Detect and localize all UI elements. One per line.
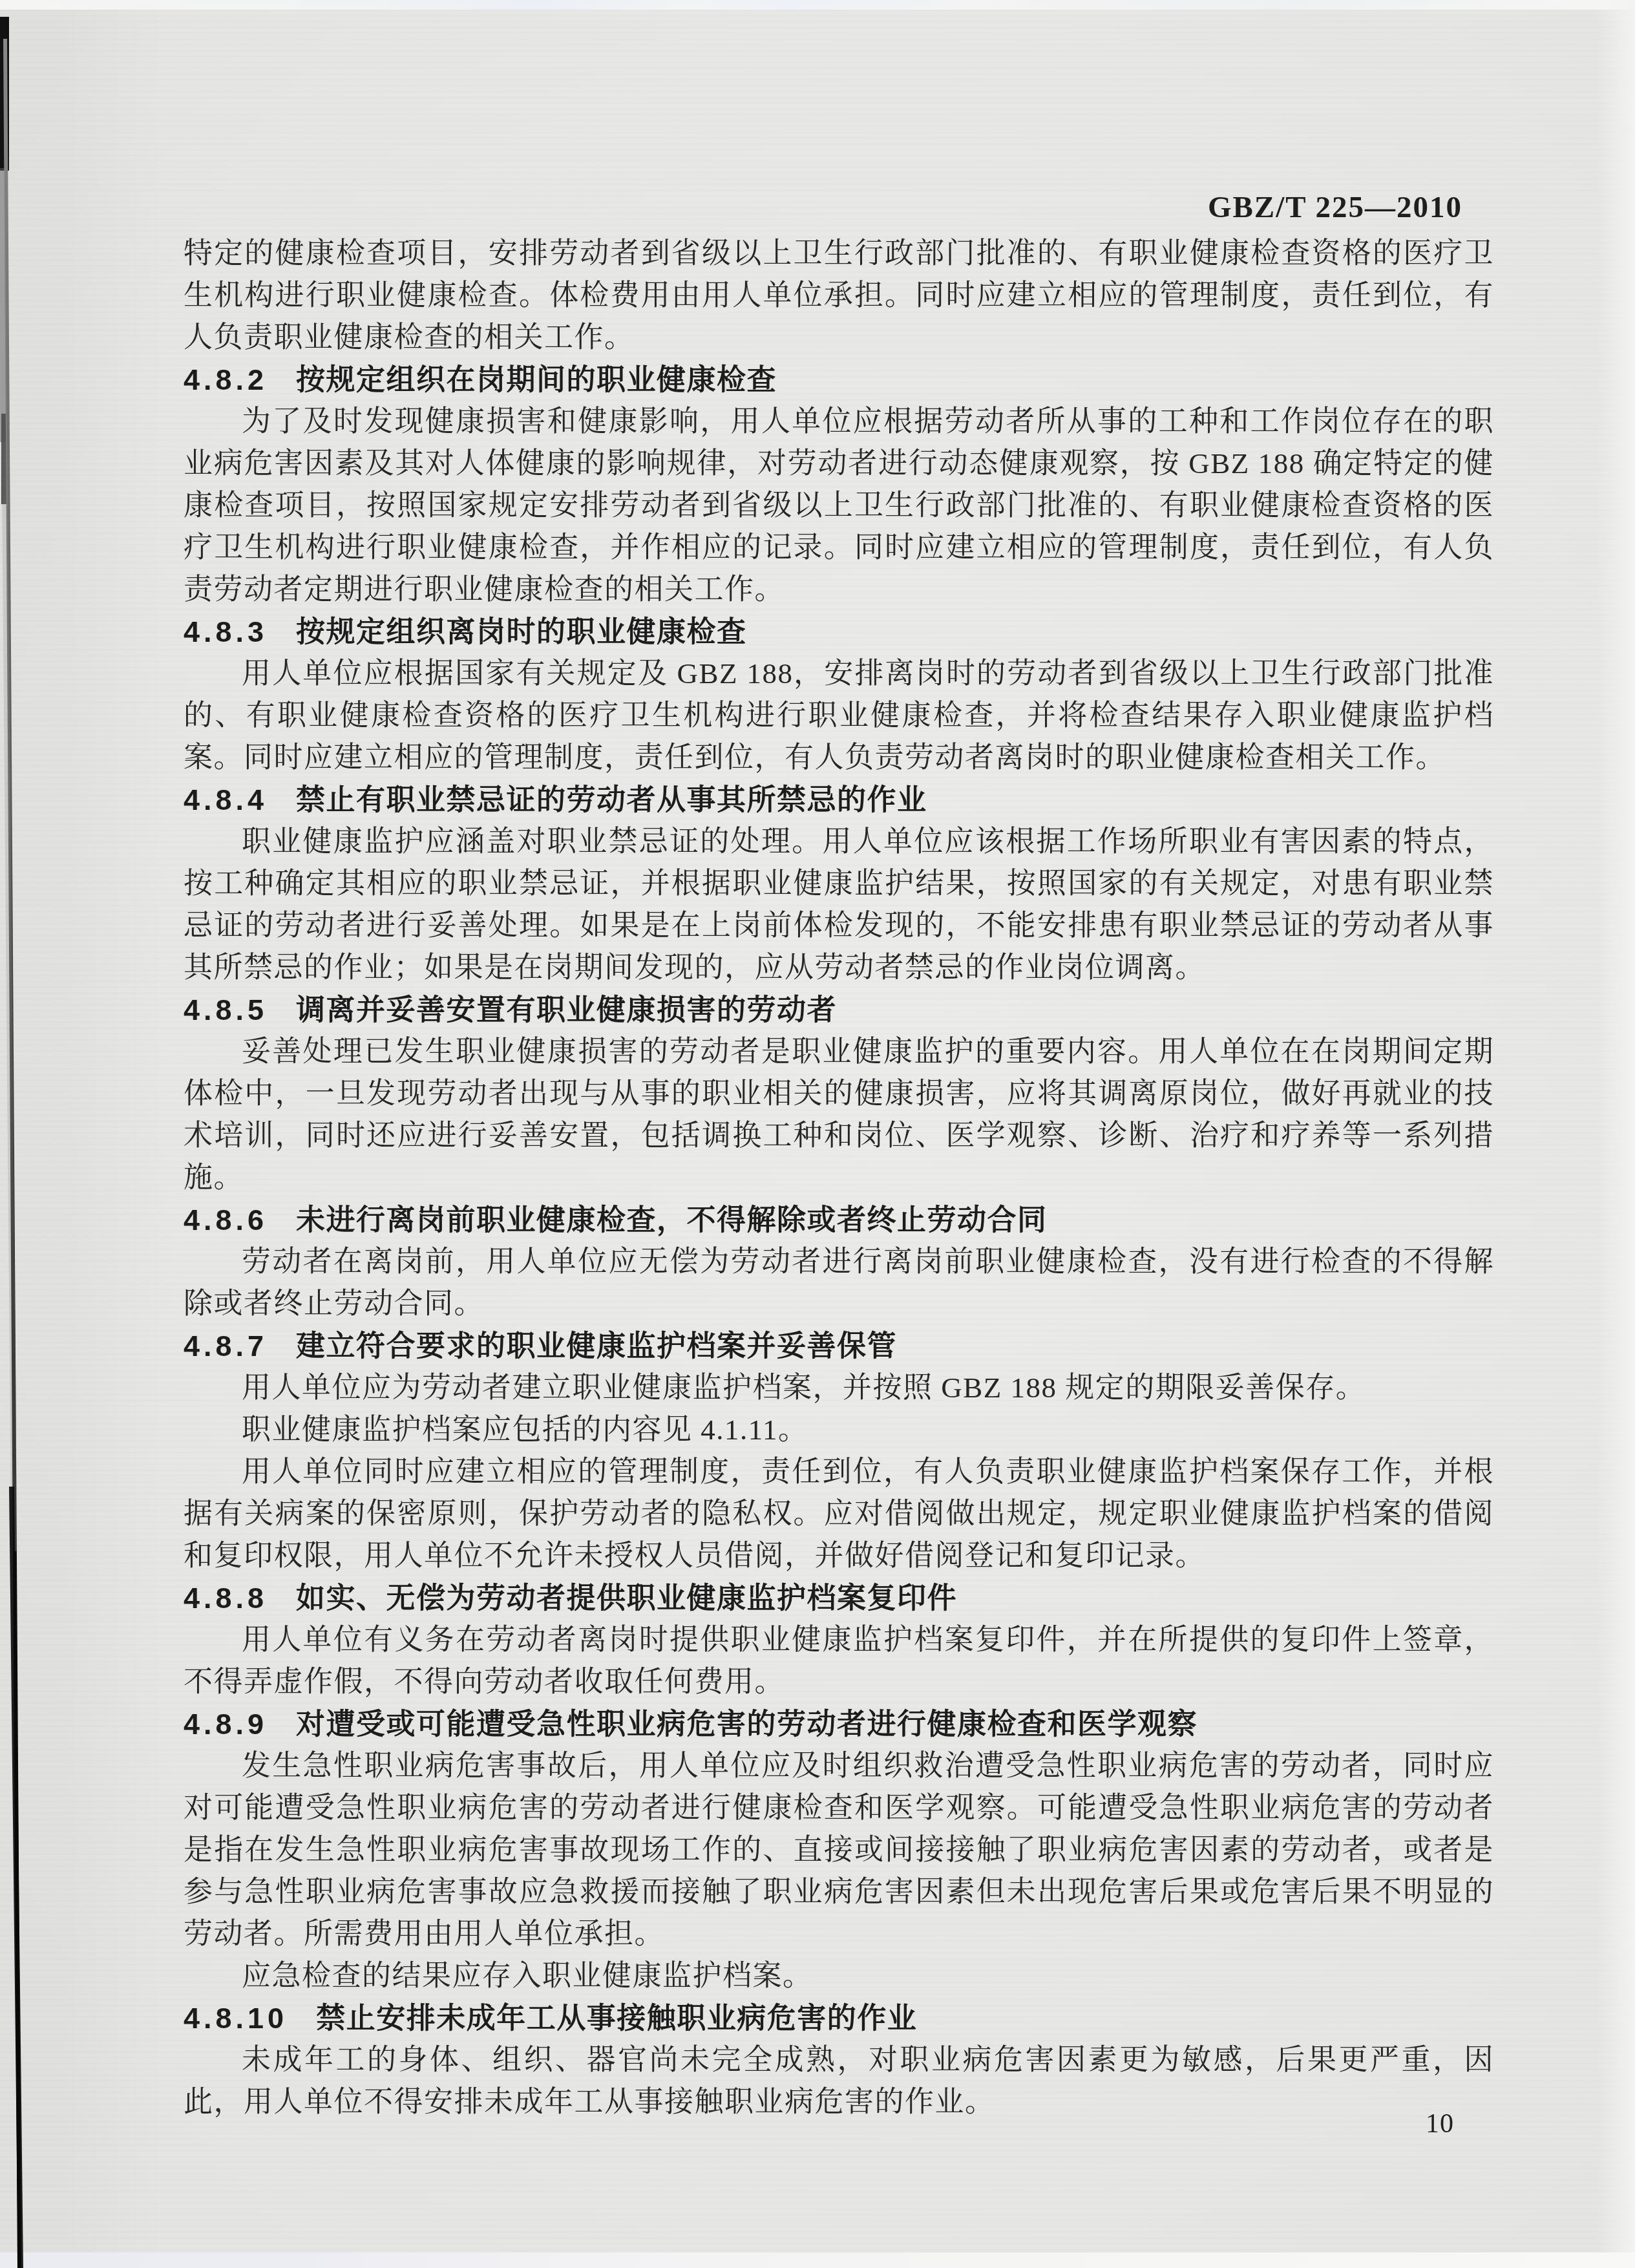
standard-section: 4.8.5调离并妥善安置有职业健康损害的劳动者 妥善处理已发生职业健康损害的劳动… — [184, 989, 1494, 1199]
paragraph: 未成年工的身体、组织、器官尚未完全成熟，对职业病危害因素更为敏感，后果更严重，因… — [184, 2039, 1494, 2123]
standard-section: 4.8.10禁止安排未成年工从事接触职业病危害的作业 未成年工的身体、组织、器官… — [184, 1997, 1494, 2123]
standard-section: 4.8.6未进行离岗前职业健康检查，不得解除或者终止劳动合同 劳动者在离岗前，用… — [184, 1199, 1494, 1325]
section-heading: 4.8.6未进行离岗前职业健康检查，不得解除或者终止劳动合同 — [184, 1199, 1494, 1241]
paragraph: 为了及时发现健康损害和健康影响，用人单位应根据劳动者所从事的工种和工作岗位存在的… — [184, 401, 1494, 611]
section-heading: 4.8.9对遭受或可能遭受急性职业病危害的劳动者进行健康检查和医学观察 — [184, 1703, 1494, 1745]
continuation-paragraph: 特定的健康检查项目，安排劳动者到省级以上卫生行政部门批准的、有职业健康检查资格的… — [184, 233, 1494, 359]
section-number: 4.8.9 — [184, 1708, 268, 1741]
scan-right-edge-artifact — [1596, 0, 1635, 2268]
section-number: 4.8.7 — [184, 1330, 268, 1362]
section-heading: 4.8.3按规定组织离岗时的职业健康检查 — [184, 611, 1494, 653]
section-heading: 4.8.10禁止安排未成年工从事接触职业病危害的作业 — [184, 1997, 1494, 2039]
section-heading: 4.8.4禁止有职业禁忌证的劳动者从事其所禁忌的作业 — [184, 779, 1494, 821]
section-title: 如实、无偿为劳动者提供职业健康监护档案复印件 — [296, 1582, 957, 1615]
scan-bottom-edge-artifact — [0, 2252, 1635, 2268]
page-number: 10 — [1426, 2108, 1454, 2139]
section-number: 4.8.6 — [184, 1203, 268, 1236]
standard-section: 4.8.3按规定组织离岗时的职业健康检查 用人单位应根据国家有关规定及 GBZ … — [184, 611, 1494, 779]
section-title: 按规定组织在岗期间的职业健康检查 — [296, 363, 777, 396]
paragraph: 职业健康监护应涵盖对职业禁忌证的处理。用人单位应该根据工作场所职业有害因素的特点… — [184, 821, 1494, 989]
sections: 4.8.2按规定组织在岗期间的职业健康检查 为了及时发现健康损害和健康影响，用人… — [184, 359, 1494, 2123]
section-heading: 4.8.8如实、无偿为劳动者提供职业健康监护档案复印件 — [184, 1577, 1494, 1619]
section-title: 建立符合要求的职业健康监护档案并妥善保管 — [296, 1330, 897, 1362]
section-number: 4.8.5 — [184, 993, 268, 1026]
paragraph: 用人单位有义务在劳动者离岗时提供职业健康监护档案复印件，并在所提供的复印件上签章… — [184, 1619, 1494, 1703]
scan-top-edge-artifact — [0, 0, 1635, 10]
section-heading: 4.8.2按规定组织在岗期间的职业健康检查 — [184, 359, 1494, 401]
paragraph: 应急检查的结果应存入职业健康监护档案。 — [184, 1955, 1494, 1997]
paragraph: 用人单位同时应建立相应的管理制度，责任到位，有人负责职业健康监护档案保存工作，并… — [184, 1451, 1494, 1577]
paragraph: 妥善处理已发生职业健康损害的劳动者是职业健康监护的重要内容。用人单位在在岗期间定… — [184, 1031, 1494, 1199]
paragraph: 用人单位应根据国家有关规定及 GBZ 188，安排离岗时的劳动者到省级以上卫生行… — [184, 653, 1494, 779]
standard-section: 4.8.2按规定组织在岗期间的职业健康检查 为了及时发现健康损害和健康影响，用人… — [184, 359, 1494, 611]
section-title: 对遭受或可能遭受急性职业病危害的劳动者进行健康检查和医学观察 — [296, 1708, 1197, 1741]
section-number: 4.8.2 — [184, 363, 268, 396]
standard-section: 4.8.8如实、无偿为劳动者提供职业健康监护档案复印件 用人单位有义务在劳动者离… — [184, 1577, 1494, 1703]
document-header: GBZ/T 225—2010 — [0, 190, 1462, 225]
scan-left-edge-artifact — [0, 0, 45, 2268]
standard-section: 4.8.4禁止有职业禁忌证的劳动者从事其所禁忌的作业 职业健康监护应涵盖对职业禁… — [184, 779, 1494, 989]
section-title: 未进行离岗前职业健康检查，不得解除或者终止劳动合同 — [296, 1203, 1048, 1236]
section-title: 按规定组织离岗时的职业健康检查 — [296, 615, 747, 648]
scanned-document-page: { "page": { "header": "GBZ/T 225—2010", … — [0, 0, 1635, 2268]
paragraph: 劳动者在离岗前，用人单位应无偿为劳动者进行离岗前职业健康检查，没有进行检查的不得… — [184, 1241, 1494, 1325]
standard-section: 4.8.9对遭受或可能遭受急性职业病危害的劳动者进行健康检查和医学观察 发生急性… — [184, 1703, 1494, 1997]
section-heading: 4.8.5调离并妥善安置有职业健康损害的劳动者 — [184, 989, 1494, 1031]
section-number: 4.8.10 — [184, 2002, 288, 2035]
section-number: 4.8.3 — [184, 615, 268, 648]
section-title: 禁止有职业禁忌证的劳动者从事其所禁忌的作业 — [296, 783, 927, 816]
standard-section: 4.8.7建立符合要求的职业健康监护档案并妥善保管 用人单位应为劳动者建立职业健… — [184, 1325, 1494, 1577]
section-title: 调离并妥善安置有职业健康损害的劳动者 — [296, 993, 837, 1026]
document-body: 特定的健康检查项目，安排劳动者到省级以上卫生行政部门批准的、有职业健康检查资格的… — [184, 233, 1494, 2123]
standard-number: GBZ/T 225—2010 — [1208, 191, 1462, 224]
section-number: 4.8.4 — [184, 783, 268, 816]
paragraph: 发生急性职业病危害事故后，用人单位应及时组织救治遭受急性职业病危害的劳动者，同时… — [184, 1745, 1494, 1955]
section-heading: 4.8.7建立符合要求的职业健康监护档案并妥善保管 — [184, 1325, 1494, 1367]
paragraph: 职业健康监护档案应包括的内容见 4.1.11。 — [184, 1409, 1494, 1451]
paragraph: 用人单位应为劳动者建立职业健康监护档案，并按照 GBZ 188 规定的期限妥善保… — [184, 1367, 1494, 1409]
section-number: 4.8.8 — [184, 1582, 268, 1615]
section-title: 禁止安排未成年工从事接触职业病危害的作业 — [316, 2002, 917, 2035]
